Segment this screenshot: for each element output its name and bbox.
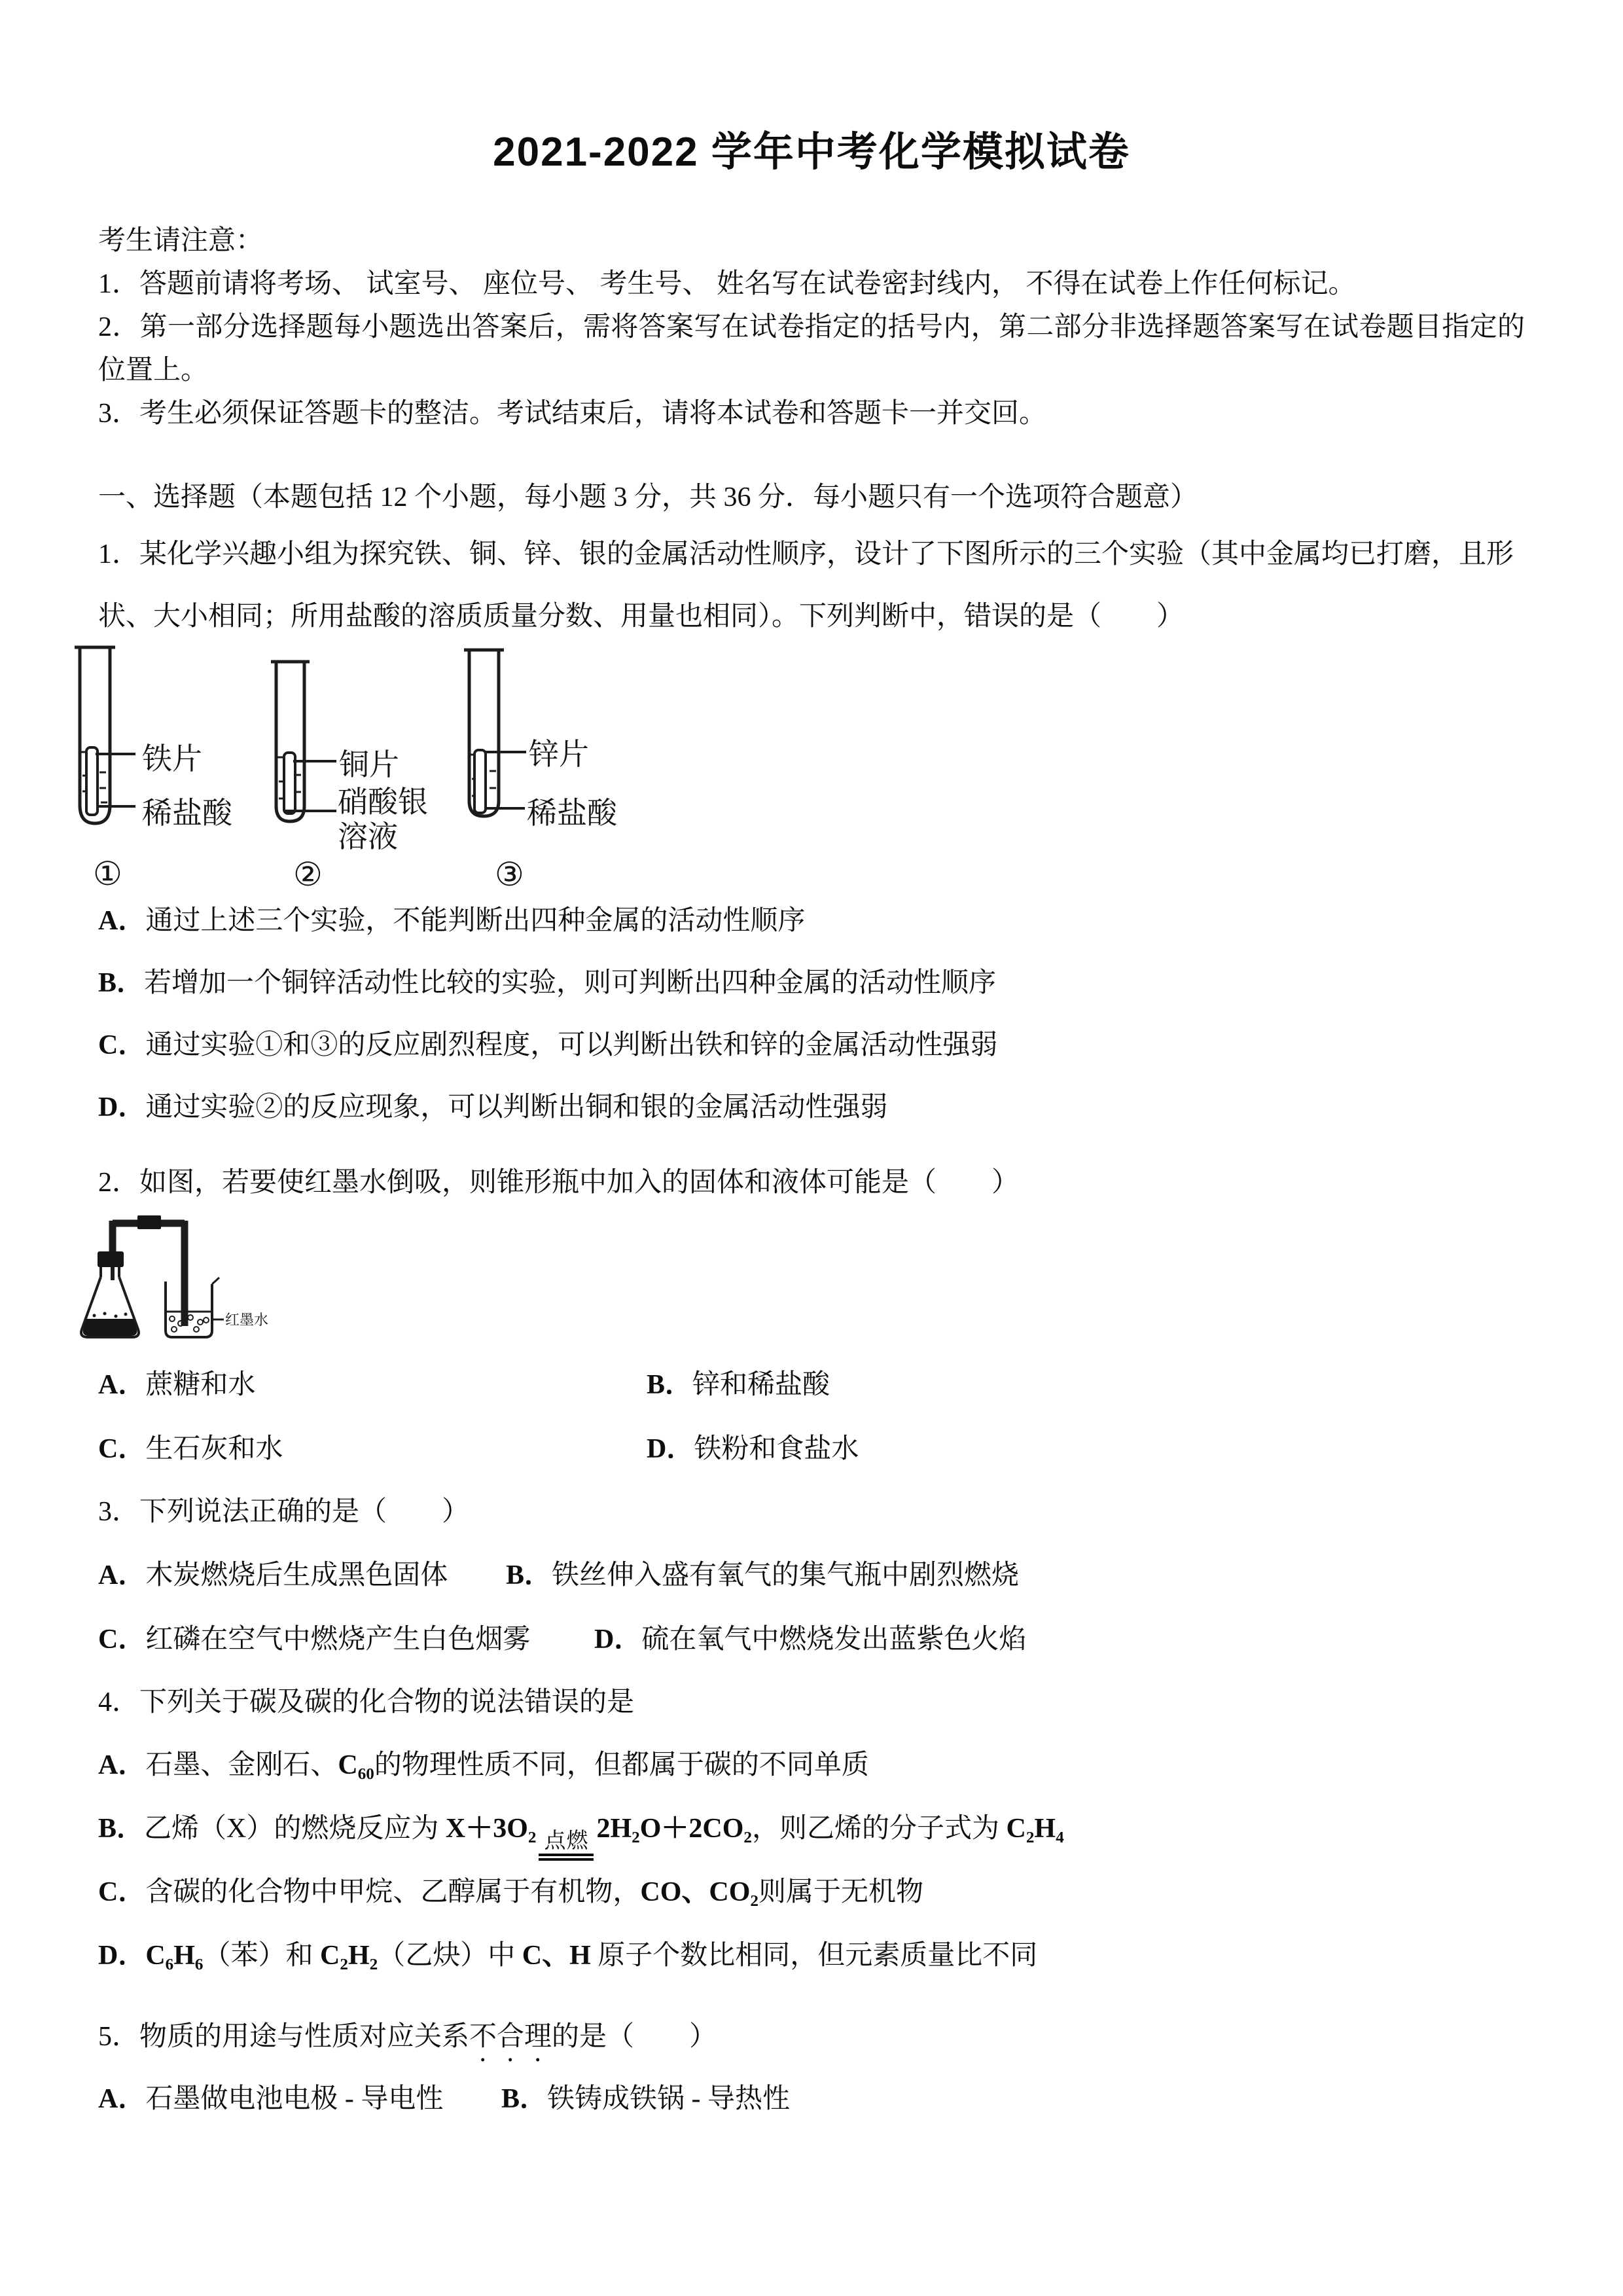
q1-option-c: C．通过实验①和③的反应剧烈程度，可以判断出铁和锌的金属活动性强弱 xyxy=(98,1014,1525,1077)
option-text: 石墨做电池电极 - 导电性 xyxy=(145,2084,443,2114)
q3-options-row-1: A．木炭燃烧后生成黑色固体B．铁丝伸入盛有氧气的集气瓶中剧烈燃烧 xyxy=(98,1543,1525,1607)
chemical-formula: C、H xyxy=(522,1941,591,1971)
tube-2-metal-label: 铜片 xyxy=(339,748,399,781)
exam-title: 2021-2022 学年中考化学模拟试卷 xyxy=(98,121,1525,183)
option-text: 若增加一个铜锌活动性比较的实验，则可判断出四种金属的活动性顺序 xyxy=(144,968,996,998)
q5-option-b: B．铁铸成铁锅 - 导热性 xyxy=(501,2068,790,2130)
option-text: 铁铸成铁锅 - 导热性 xyxy=(547,2084,790,2114)
tube-1-liquid-label: 稀盐酸 xyxy=(142,797,233,830)
ignite-condition: 点燃 xyxy=(539,1830,594,1861)
chemical-formula: C₆₀ xyxy=(338,1750,374,1780)
option-text: 乙烯（X）的燃烧反应为 xyxy=(144,1814,446,1844)
option-letter: D． xyxy=(98,1092,145,1122)
option-letter: B． xyxy=(506,1560,552,1590)
tube-3: 锌片 稀盐酸 ③ xyxy=(464,650,618,890)
q4-option-a: A．石墨、金刚石、C₆₀的物理性质不同，但都属于碳的不同单质 xyxy=(98,1734,1525,1797)
option-letter: B． xyxy=(647,1370,692,1400)
notice-line-2-cont: 位置上。 xyxy=(98,349,1525,392)
notice-heading: 考生请注意： xyxy=(98,219,1525,262)
option-text: 石墨、金刚石、 xyxy=(145,1750,338,1780)
tube-3-metal-label: 锌片 xyxy=(529,738,589,771)
q5-options-row-1: A．石墨做电池电极 - 导电性B．铁铸成铁锅 - 导热性 xyxy=(98,2068,1525,2130)
q1-option-a: A．通过上述三个实验，不能判断出四种金属的活动性顺序 xyxy=(98,890,1525,952)
option-text: ，则乙烯的分子式为 xyxy=(752,1814,1007,1844)
exam-paper-page: 2021-2022 学年中考化学模拟试卷 考生请注意： 1．答题前请将考场、 试… xyxy=(0,0,1623,2296)
tube-3-liquid-label: 稀盐酸 xyxy=(527,797,618,830)
option-letter: B． xyxy=(98,1814,144,1844)
chemical-formula: C₆H₆ xyxy=(145,1941,203,1971)
q2-stem: 2．如图，若要使红墨水倒吸，则锥形瓶中加入的固体和液体可能是（ ） xyxy=(98,1152,1525,1214)
notice-line-1: 1．答题前请将考场、 试室号、 座位号、 考生号、 姓名写在试卷密封线内， 不得… xyxy=(98,262,1525,306)
option-text: 原子个数比相同，但元素质量比不同 xyxy=(591,1941,1038,1971)
tube-1-metal-strip xyxy=(86,747,98,815)
tube-connector xyxy=(137,1215,161,1229)
tube-2-liquid-label-1: 硝酸银 xyxy=(338,785,428,819)
option-text: 硫在氧气中燃烧发出蓝紫色火焰 xyxy=(641,1624,1026,1655)
option-text: 通过实验②的反应现象，可以判断出铜和银的金属活动性强弱 xyxy=(145,1092,887,1122)
option-letter: C． xyxy=(98,1030,145,1060)
option-letter: D． xyxy=(647,1434,694,1464)
option-letter: A． xyxy=(98,906,145,936)
tube-1-metal-label: 铁片 xyxy=(142,742,202,776)
tube-3-metal-strip xyxy=(474,750,486,813)
option-letter: C． xyxy=(98,1877,145,1907)
q1-stem-line-1: 1．某化学兴趣小组为探究铁、铜、锌、银的金属活动性顺序，设计了下图所示的三个实验… xyxy=(98,524,1525,586)
q4-option-d: D．C₆H₆（苯）和 C₂H₂（乙炔）中 C、H 原子个数比相同，但元素质量比不… xyxy=(98,1924,1525,1988)
option-letter: A． xyxy=(98,1560,145,1590)
q3-stem: 3．下列说法正确的是（ ） xyxy=(98,1481,1525,1543)
option-text: 通过实验①和③的反应剧烈程度，可以判断出铁和锌的金属活动性强弱 xyxy=(145,1030,997,1060)
chemical-formula: C₂H₄ xyxy=(1007,1814,1064,1844)
q3-option-d: D．硫在氧气中燃烧发出蓝紫色火焰 xyxy=(594,1607,1026,1672)
stem-text: 5．物质的用途与性质对应关系 xyxy=(98,2022,469,2052)
chemical-formula: C₂H₂ xyxy=(320,1941,378,1971)
q2-option-a: A．蔗糖和水 xyxy=(98,1353,647,1417)
option-letter: A． xyxy=(98,2084,145,2114)
q5-stem: 5．物质的用途与性质对应关系不合理的是（ ） xyxy=(98,2006,1525,2068)
tube-1: 铁片 稀盐酸 ① xyxy=(75,647,233,890)
option-text: 蔗糖和水 xyxy=(145,1370,255,1400)
stem-text: 的是（ ） xyxy=(552,2022,717,2052)
option-text: 通过上述三个实验，不能判断出四种金属的活动性顺序 xyxy=(145,906,805,936)
option-letter: A． xyxy=(98,1370,145,1400)
section-1-heading: 一、选择题（本题包括 12 个小题，每小题 3 分，共 36 分．每小题只有一个… xyxy=(98,471,1525,524)
notice-line-3: 3．考生必须保证答题卡的整洁。考试结束后，请将本试卷和答题卡一并交回。 xyxy=(98,392,1525,435)
option-letter: D． xyxy=(594,1624,641,1655)
q3-option-b: B．铁丝伸入盛有氧气的集气瓶中剧烈燃烧 xyxy=(506,1543,1019,1607)
option-text: 的物理性质不同，但都属于碳的不同单质 xyxy=(374,1750,869,1780)
option-letter: B． xyxy=(501,2084,547,2114)
flask-stopper xyxy=(98,1251,124,1267)
option-text: 含碳的化合物中甲烷、乙醇属于有机物， xyxy=(145,1877,640,1907)
tube-2-number: ② xyxy=(293,856,323,890)
tube-2: 铜片 硝酸银 溶液 ② xyxy=(271,662,428,890)
tube-2-liquid-label-2: 溶液 xyxy=(338,820,398,853)
option-text: 铁粉和食盐水 xyxy=(694,1434,859,1464)
q2-flask-diagram: 红墨水 xyxy=(79,1214,353,1353)
tube-3-number: ③ xyxy=(495,856,524,890)
q4-option-b: B．乙烯（X）的燃烧反应为 X＋3O₂点燃2H₂O＋2CO₂，则乙烯的分子式为 … xyxy=(98,1797,1525,1861)
emphasized-text: 不合理 xyxy=(469,2022,552,2052)
option-letter: B． xyxy=(98,968,144,998)
chemical-formula: CO、CO₂ xyxy=(640,1877,758,1907)
q2-options-row-2: C．生石灰和水D．铁粉和食盐水 xyxy=(98,1417,1525,1481)
q4-option-c: C．含碳的化合物中甲烷、乙醇属于有机物，CO、CO₂则属于无机物 xyxy=(98,1861,1525,1924)
option-letter: D． xyxy=(98,1941,145,1971)
option-text: 铁丝伸入盛有氧气的集气瓶中剧烈燃烧 xyxy=(552,1560,1019,1590)
q4-stem: 4．下列关于碳及碳的化合物的说法错误的是 xyxy=(98,1672,1525,1734)
q3-options-row-2: C．红磷在空气中燃烧产生白色烟雾D．硫在氧气中燃烧发出蓝紫色火焰 xyxy=(98,1607,1525,1672)
q3-option-c: C．红磷在空气中燃烧产生白色烟雾 xyxy=(98,1607,594,1672)
option-text: 则属于无机物 xyxy=(758,1877,923,1907)
option-letter: A． xyxy=(98,1750,145,1780)
q1-test-tube-diagram: 铁片 稀盐酸 ① 铜片 硝酸银 溶液 ② xyxy=(59,630,713,890)
chemical-formula: X＋3O₂ xyxy=(446,1814,537,1844)
option-letter: C． xyxy=(98,1434,145,1464)
q1-stem-line-2: 状、大小相同；所用盐酸的溶质质量分数、用量也相同）。下列判断中，错误的是（ ） xyxy=(98,586,1525,648)
red-ink-label: 红墨水 xyxy=(225,1312,268,1328)
option-text: 锌和稀盐酸 xyxy=(692,1370,830,1400)
q1-option-b: B．若增加一个铜锌活动性比较的实验，则可判断出四种金属的活动性顺序 xyxy=(98,952,1525,1014)
page-content: 2021-2022 学年中考化学模拟试卷 考生请注意： 1．答题前请将考场、 试… xyxy=(98,121,1525,2130)
option-text: 红磷在空气中燃烧产生白色烟雾 xyxy=(145,1624,530,1655)
q2-options-row-1: A．蔗糖和水B．锌和稀盐酸 xyxy=(98,1353,1525,1417)
option-text: （苯）和 xyxy=(204,1941,321,1971)
q2-option-d: D．铁粉和食盐水 xyxy=(647,1417,859,1481)
q3-option-a: A．木炭燃烧后生成黑色固体 xyxy=(98,1543,506,1607)
flask xyxy=(81,1251,139,1337)
tube-1-number: ① xyxy=(93,855,122,890)
flask-liquid xyxy=(83,1319,137,1336)
option-text: 木炭燃烧后生成黑色固体 xyxy=(145,1560,448,1590)
q5-option-a: A．石墨做电池电极 - 导电性 xyxy=(98,2068,501,2130)
q2-option-b: B．锌和稀盐酸 xyxy=(647,1353,830,1417)
chemical-formula: 2H₂O＋2CO₂ xyxy=(596,1814,752,1844)
q1-option-d: D．通过实验②的反应现象，可以判断出铜和银的金属活动性强弱 xyxy=(98,1077,1525,1139)
option-letter: C． xyxy=(98,1624,145,1655)
notice-line-2: 2．第一部分选择题每小题选出答案后，需将答案写在试卷指定的括号内，第二部分非选择… xyxy=(98,306,1525,349)
gas-tube xyxy=(113,1215,185,1326)
option-text: （乙炔）中 xyxy=(378,1941,522,1971)
option-text: 生石灰和水 xyxy=(145,1434,283,1464)
q2-option-c: C．生石灰和水 xyxy=(98,1417,647,1481)
